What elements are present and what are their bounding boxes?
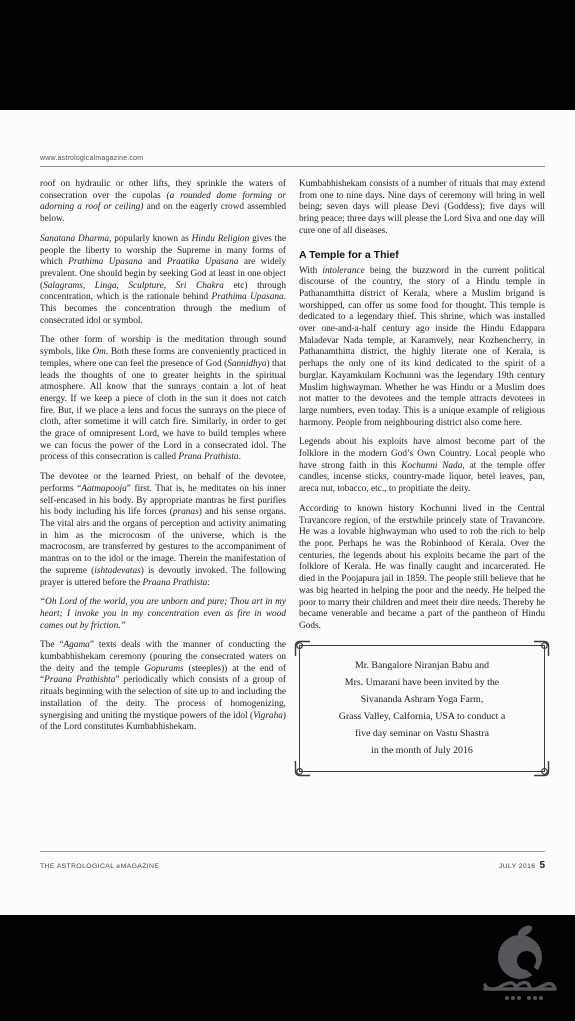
footer-issue-info: JULY 2016 5 — [499, 860, 545, 871]
section-heading: A Temple for a Thief — [299, 249, 545, 261]
paragraph: The devotee or the learned Priest, on be… — [40, 472, 286, 589]
page-header-url: www.astrologicalmagazine.com — [40, 155, 545, 162]
footer-page-number: 5 — [539, 860, 545, 871]
box-corner-ornament-icon — [534, 761, 550, 777]
magazine-page: www.astrologicalmagazine.com roof on hyd… — [0, 110, 575, 915]
announcement-line: five day seminar on Vastu Shastra — [304, 725, 540, 742]
announcement-line: Mrs. Umarani have been invited by the — [304, 674, 540, 691]
paragraph: According to known history Kochunni live… — [299, 504, 545, 633]
paragraph: Legends about his exploits have almost b… — [299, 437, 545, 496]
paragraph: roof on hydraulic or other lifts, they s… — [40, 179, 286, 226]
box-corner-ornament-icon — [294, 640, 310, 656]
bottom-letterbox-bar — [0, 915, 575, 1021]
page-footer: THE ASTROLOGICAL eMAGAZINE JULY 2016 5 — [40, 851, 545, 871]
paragraph: The other form of worship is the meditat… — [40, 335, 286, 464]
announcement-line: Mr. Bangalore Niranjan Babu and — [304, 657, 540, 674]
header-rule — [40, 166, 545, 167]
announcement-box: Mr. Bangalore Niranjan Babu and Mrs. Uma… — [299, 645, 545, 772]
prayer-quote: “Oh Lord of the world, you are unborn an… — [40, 597, 286, 632]
box-corner-ornament-icon — [294, 761, 310, 777]
footer-magazine-name: THE ASTROLOGICAL eMAGAZINE — [40, 863, 159, 870]
sibche-apple-logo-icon — [477, 923, 563, 1013]
paragraph: Kumbabhishekam consists of a number of r… — [299, 179, 545, 238]
left-column: roof on hydraulic or other lifts, they s… — [40, 179, 286, 772]
top-letterbox-bar — [0, 0, 575, 110]
paragraph: Sanatana Dharma, popularly known as Hind… — [40, 234, 286, 328]
announcement-line: in the month of July 2016 — [304, 742, 540, 759]
announcement-line: Grass Valley, Calfornia, USA to conduct … — [304, 708, 540, 725]
reader-screen: www.astrologicalmagazine.com roof on hyd… — [0, 0, 575, 1021]
paragraph: With intolerance being the buzzword in t… — [299, 266, 545, 430]
footer-issue-date: JULY 2016 — [499, 863, 536, 870]
page-columns: roof on hydraulic or other lifts, they s… — [40, 179, 545, 772]
right-column: Kumbabhishekam consists of a number of r… — [299, 179, 545, 772]
box-corner-ornament-icon — [534, 640, 550, 656]
paragraph: The “Agama” texts deals with the manner … — [40, 640, 286, 734]
announcement-line: Sivananda Ashram Yoga Farm, — [304, 691, 540, 708]
